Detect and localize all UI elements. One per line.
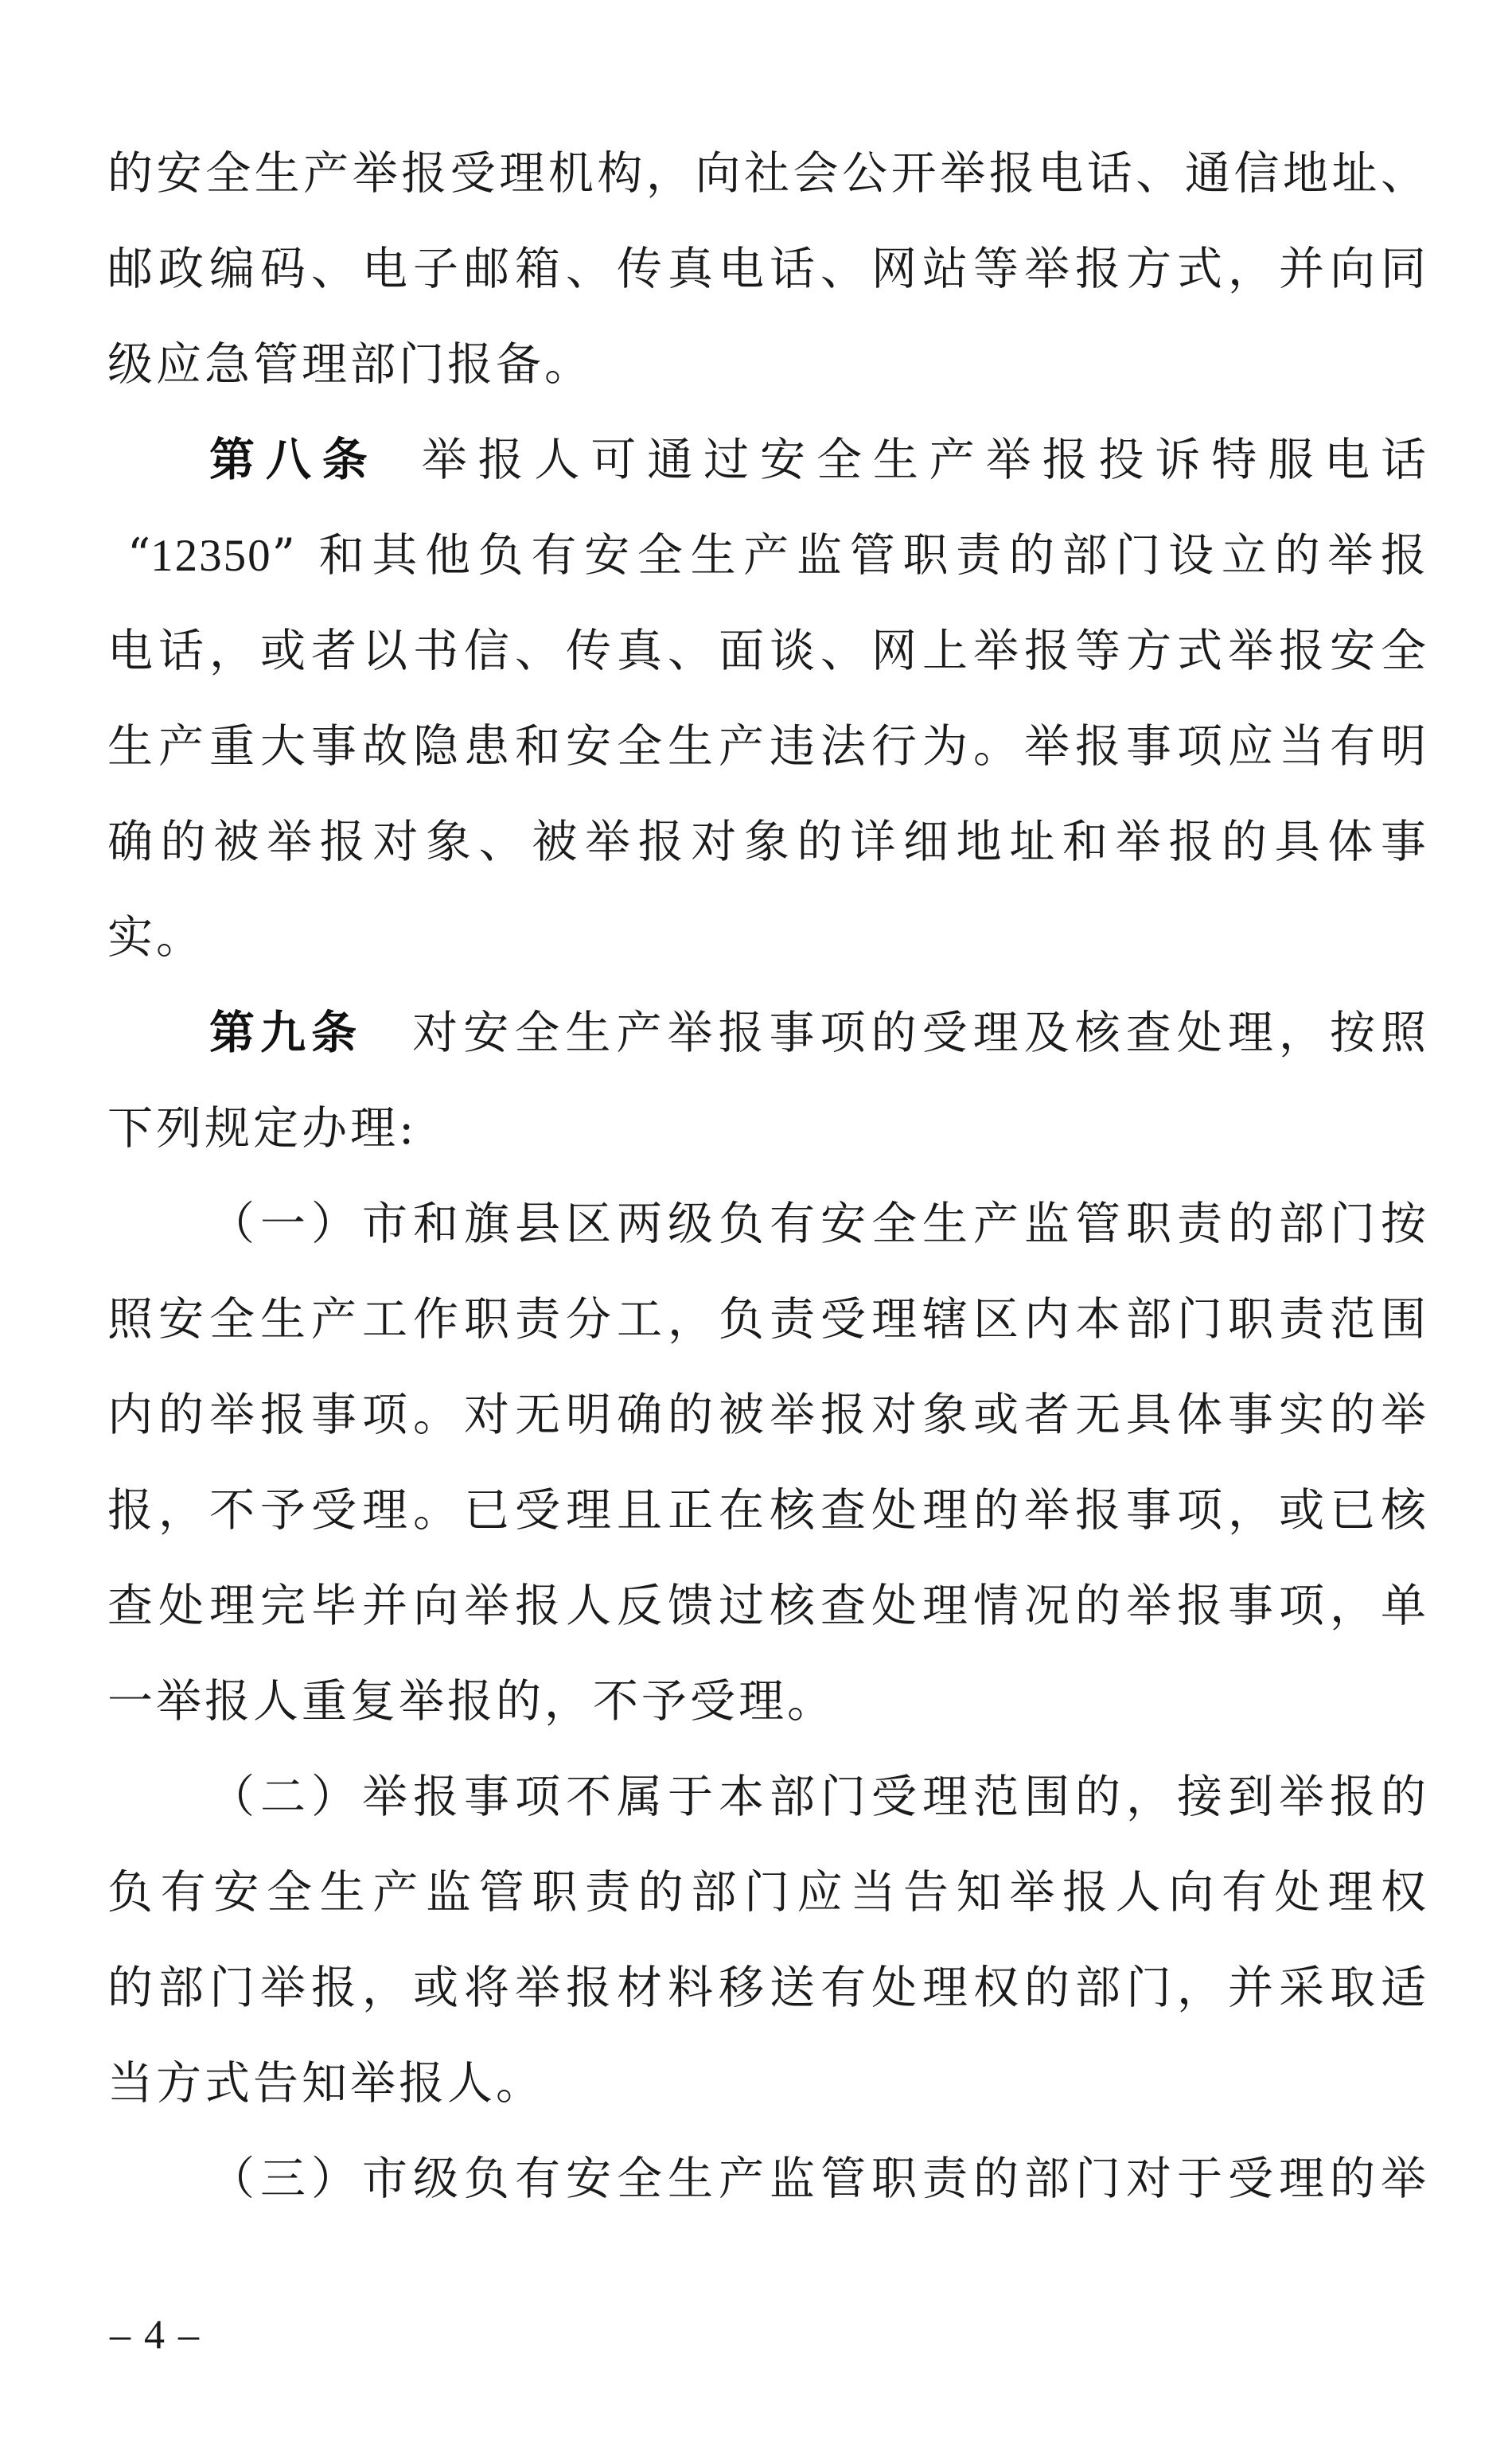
line-text: 对安全生产举报事项的受理及核查处理，按照 <box>407 1007 1426 1059</box>
text-line: 邮政编码、电子邮箱、传真电话、网站等举报方式，并向同 <box>107 240 1426 298</box>
item-2-line: （二）举报事项不属于本部门受理范围的，接到举报的 <box>209 1768 1426 1826</box>
hotline-number: 12350 <box>150 531 272 581</box>
line-text: 生产重大事故隐患和安全生产违法行为。举报事项应当有明 <box>107 720 1426 773</box>
line-text: 的安全生产举报受理机构，向社会公开举报电话、通信地址、 <box>107 147 1426 200</box>
article-title: 第九条 <box>209 1007 362 1059</box>
text-line: 确的被举报对象、被举报对象的详细地址和举报的具体事 <box>107 813 1426 871</box>
article-title: 第八条 <box>209 434 379 486</box>
article-8-heading-line: 第八条举报人可通过安全生产举报投诉特服电话 <box>209 431 1426 489</box>
line-text: （二）举报事项不属于本部门受理范围的，接到举报的 <box>209 1771 1426 1823</box>
line-text: 和其他负有安全生产监管职责的部门设立的举报 <box>311 529 1426 582</box>
text-line: 级应急管理部门报备。 <box>107 336 1426 393</box>
text-line: 负有安全生产监管职责的部门应当告知举报人向有处理权 <box>107 1864 1426 1921</box>
line-text: 举报人可通过安全生产举报投诉特服电话 <box>411 434 1426 486</box>
text-line: 实。 <box>107 909 1426 966</box>
line-text: 照安全生产工作职责分工，负责受理辖区内本部门职责范围 <box>107 1293 1426 1346</box>
quote-close: ” <box>272 529 295 582</box>
text-line: “12350”和其他负有安全生产监管职责的部门设立的举报 <box>127 527 1426 584</box>
line-text: 报，不予受理。已受理且正在核查处理的举报事项，或已核 <box>107 1484 1426 1537</box>
line-text: 查处理完毕并向举报人反馈过核查处理情况的举报事项，单 <box>107 1580 1426 1632</box>
line-text: 级应急管理部门报备。 <box>107 338 593 391</box>
text-line: 当方式告知举报人。 <box>107 2055 1426 2112</box>
line-text: 当方式告知举报人。 <box>107 2057 544 2110</box>
text-line: 的安全生产举报受理机构，向社会公开举报电话、通信地址、 <box>107 145 1426 202</box>
line-text: （三）市级负有安全生产监管职责的部门对于受理的举 <box>209 2153 1426 2205</box>
quote-open: “ <box>127 529 150 582</box>
line-text: 下列规定办理: <box>107 1102 417 1155</box>
text-line: 电话，或者以书信、传真、面谈、网上举报等方式举报安全 <box>107 622 1426 680</box>
line-text: 的部门举报，或将举报材料移送有处理权的部门，并采取适 <box>107 1962 1426 2014</box>
line-text: 实。 <box>107 911 205 964</box>
line-text: （一）市和旗县区两级负有安全生产监管职责的部门按 <box>209 1198 1426 1250</box>
line-text: 电话，或者以书信、传真、面谈、网上举报等方式举报安全 <box>107 625 1426 677</box>
item-1-line: （一）市和旗县区两级负有安全生产监管职责的部门按 <box>209 1195 1426 1253</box>
text-line: 下列规定办理: <box>107 1100 1426 1157</box>
line-text: 负有安全生产监管职责的部门应当告知举报人向有处理权 <box>107 1866 1426 1919</box>
line-text: 邮政编码、电子邮箱、传真电话、网站等举报方式，并向同 <box>107 243 1426 295</box>
line-text: 确的被举报对象、被举报对象的详细地址和举报的具体事 <box>107 816 1426 868</box>
text-line: 报，不予受理。已受理且正在核查处理的举报事项，或已核 <box>107 1482 1426 1539</box>
text-line: 查处理完毕并向举报人反馈过核查处理情况的举报事项，单 <box>107 1577 1426 1635</box>
article-9-heading-line: 第九条对安全生产举报事项的受理及核查处理，按照 <box>209 1004 1426 1062</box>
text-line: 照安全生产工作职责分工，负责受理辖区内本部门职责范围 <box>107 1291 1426 1348</box>
text-line: 的部门举报，或将举报材料移送有处理权的部门，并采取适 <box>107 1959 1426 2017</box>
line-text: 内的举报事项。对无明确的被举报对象或者无具体事实的举 <box>107 1389 1426 1441</box>
item-3-line: （三）市级负有安全生产监管职责的部门对于受理的举 <box>209 2150 1426 2207</box>
line-text: 一举报人重复举报的，不予受理。 <box>107 1675 836 1728</box>
document-page: 的安全生产举报受理机构，向社会公开举报电话、通信地址、 邮政编码、电子邮箱、传真… <box>0 0 1512 2451</box>
text-line: 一举报人重复举报的，不予受理。 <box>107 1673 1426 1730</box>
text-line: 生产重大事故隐患和安全生产违法行为。举报事项应当有明 <box>107 718 1426 775</box>
text-line: 内的举报事项。对无明确的被举报对象或者无具体事实的举 <box>107 1386 1426 1444</box>
page-number: – 4 – <box>110 2312 201 2359</box>
